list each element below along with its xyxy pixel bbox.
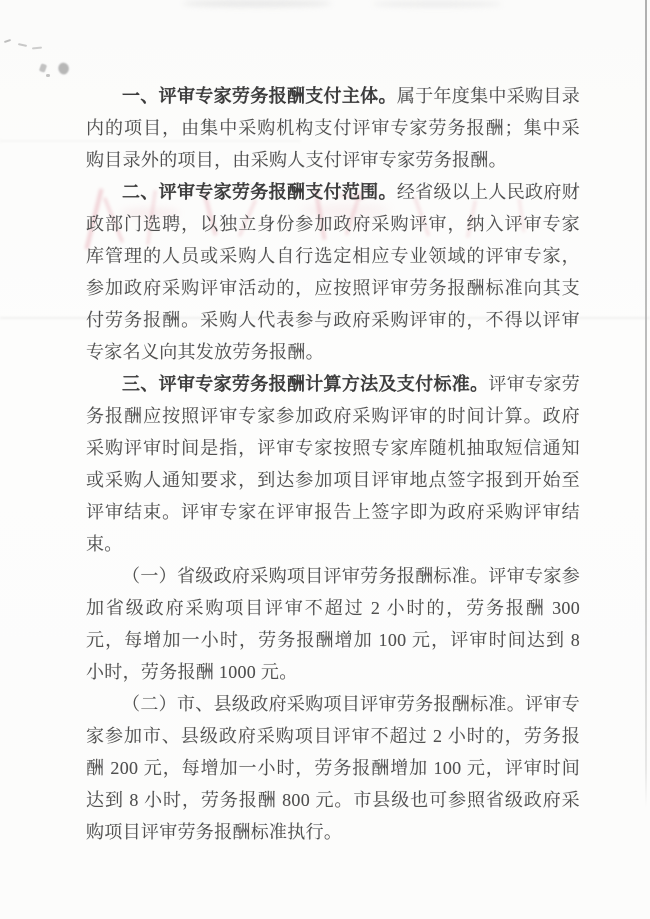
paragraph-payment-subject: 一、评审专家劳务报酬支付主体。属于年度集中采购目录内的项目，由集中采购机构支付评…	[86, 80, 580, 176]
paragraph-heading: 一、评审专家劳务报酬支付主体。	[122, 86, 397, 106]
document-body: 一、评审专家劳务报酬支付主体。属于年度集中采购目录内的项目，由集中采购机构支付评…	[86, 80, 580, 848]
page-edge-line	[645, 0, 647, 808]
scan-streak	[182, 0, 332, 7]
scan-streak	[372, 1, 502, 7]
paragraph-city-county-standard: （二）市、县级政府采购项目评审劳务报酬标准。评审专家参加市、县级政府采购项目评审…	[86, 688, 580, 848]
scanned-document-page: 一、评审专家劳务报酬支付主体。属于年度集中采购目录内的项目，由集中采购机构支付评…	[0, 0, 650, 919]
paragraph-text: 经省级以上人民政府财政部门选聘，以独立身份参加政府采购评审，纳入评审专家库管理的…	[86, 182, 580, 362]
paragraph-heading: 二、评审专家劳务报酬支付范围。	[122, 182, 397, 202]
paragraph-text: （一）省级政府采购项目评审劳务报酬标准。评审专家参加省级政府采购项目评审不超过 …	[86, 566, 580, 682]
paragraph-payment-scope: 二、评审专家劳务报酬支付范围。经省级以上人民政府财政部门选聘，以独立身份参加政府…	[86, 176, 580, 368]
paragraph-text: 评审专家劳务报酬应按照评审专家参加政府采购评审的时间计算。政府采购评审时间是指，…	[86, 374, 580, 554]
paragraph-heading: 三、评审专家劳务报酬计算方法及支付标准。	[122, 374, 488, 394]
paragraph-provincial-standard: （一）省级政府采购项目评审劳务报酬标准。评审专家参加省级政府采购项目评审不超过 …	[86, 560, 580, 688]
paragraph-text: （二）市、县级政府采购项目评审劳务报酬标准。评审专家参加市、县级政府采购项目评审…	[86, 694, 580, 842]
paragraph-calculation-method: 三、评审专家劳务报酬计算方法及支付标准。评审专家劳务报酬应按照评审专家参加政府采…	[86, 368, 580, 560]
